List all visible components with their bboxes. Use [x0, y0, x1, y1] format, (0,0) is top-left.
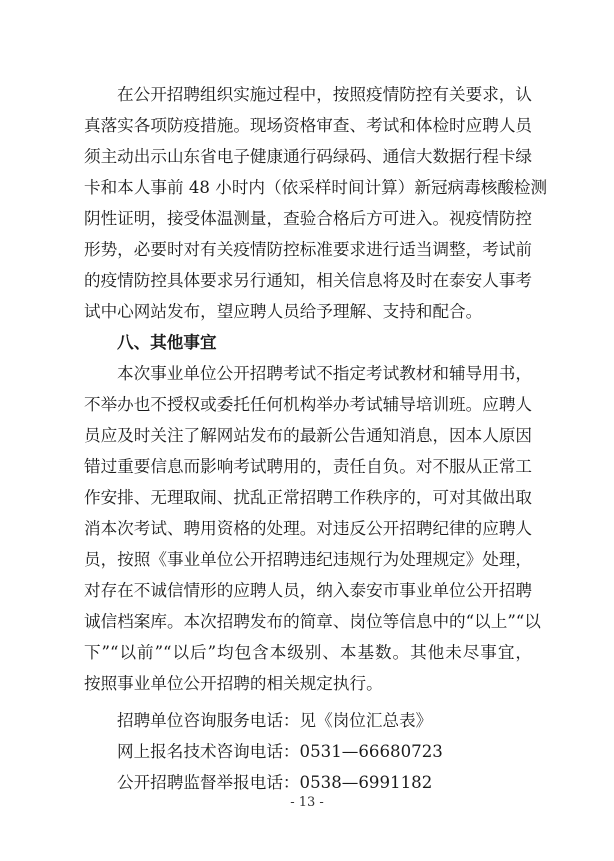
document-page: 在公开招聘组织实施过程中，按照疫情防控有关要求，认 真落实各项防疫措施。现场资格… — [0, 0, 614, 861]
paragraph-line: 试中心网站发布，望应聘人员给予理解、支持和配合。 — [84, 301, 532, 323]
paragraph-line: 形势，必要时对有关疫情防控标准要求进行适当调整，考试前 — [84, 239, 532, 261]
paragraph-line: 真落实各项防疫措施。现场资格审查、考试和体检时应聘人员 — [84, 115, 532, 137]
contact-consult-phone: 招聘单位咨询服务电话：见《岗位汇总表》 — [117, 710, 432, 732]
paragraph-line: 阴性证明，接受体温测量，查验合格后方可进入。视疫情防控 — [84, 208, 532, 230]
paragraph-line: 下”“以前”“以后”均包含本级别、本基数。其他未尽事宜， — [84, 642, 532, 664]
section-heading: 八、其他事宜 — [117, 332, 217, 354]
page-number: - 13 - — [0, 795, 614, 811]
paragraph-line: 对存在不诚信情形的应聘人员，纳入泰安市事业单位公开招聘 — [84, 580, 532, 602]
paragraph-line: 不举办也不授权或委托任何机构举办考试辅导培训班。应聘人 — [84, 394, 532, 416]
paragraph-line: 员应及时关注了解网站发布的最新公告通知消息，因本人原因 — [84, 425, 532, 447]
paragraph-line: 消本次考试、聘用资格的处理。对违反公开招聘纪律的应聘人 — [84, 518, 532, 540]
paragraph-line: 作安排、无理取闹、扰乱正常招聘工作秩序的，可对其做出取 — [84, 487, 532, 509]
paragraph-line: 的疫情防控具体要求另行通知，相关信息将及时在泰安人事考 — [84, 270, 532, 292]
paragraph-line: 错过重要信息而影响考试聘用的，责任自负。对不服从正常工 — [84, 456, 532, 478]
contact-tech-support-phone: 网上报名技术咨询电话：0531—66680723 — [117, 741, 443, 763]
contact-supervision-phone: 公开招聘监督举报电话：0538—6991182 — [117, 772, 432, 794]
paragraph-line: 按照事业单位公开招聘的相关规定执行。 — [84, 673, 532, 695]
paragraph-line: 员，按照《事业单位公开招聘违纪违规行为处理规定》处理， — [84, 549, 532, 571]
paragraph-line: 本次事业单位公开招聘考试不指定考试教材和辅导用书， — [117, 363, 532, 385]
paragraph-line: 诚信档案库。本次招聘发布的简章、岗位等信息中的“以上”“以 — [84, 611, 532, 633]
paragraph-line: 在公开招聘组织实施过程中，按照疫情防控有关要求，认 — [117, 84, 532, 106]
paragraph-line: 须主动出示山东省电子健康通行码绿码、通信大数据行程卡绿 — [84, 146, 532, 168]
paragraph-line: 卡和本人事前 48 小时内（依采样时间计算）新冠病毒核酸检测 — [84, 177, 532, 199]
